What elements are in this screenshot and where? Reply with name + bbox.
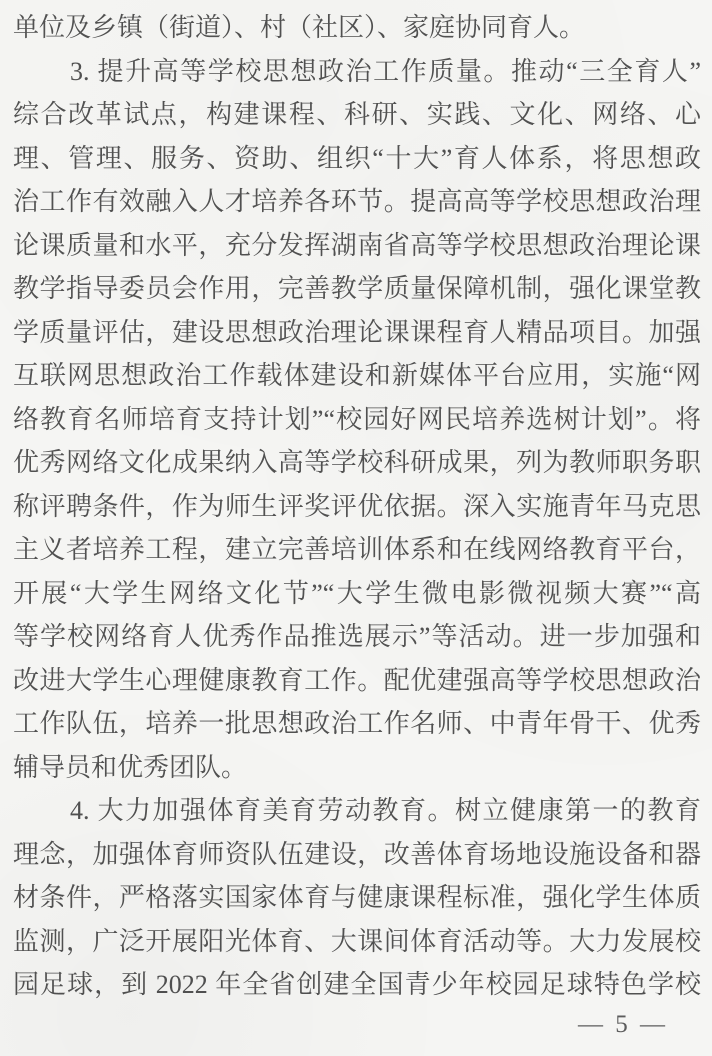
text-line: 理、管理、服务、资助、组织“十大”育人体系，将思想政	[13, 137, 701, 181]
text-line: 辅导员和优秀团队。	[13, 746, 701, 790]
page-number: — 5 —	[578, 1010, 668, 1040]
text-line: 互联网思想政治工作载体建设和新媒体平台应用，实施“网	[13, 354, 701, 398]
text-line: 工作队伍，培养一批思想政治工作名师、中青年骨干、优秀	[13, 702, 701, 746]
text-line: 教学指导委员会作用，完善教学质量保障机制，强化课堂教	[13, 267, 701, 311]
text-line: 改进大学生心理健康教育工作。配优建强高等学校思想政治	[13, 659, 701, 703]
text-line: 3. 提升高等学校思想政治工作质量。推动“三全育人”	[13, 50, 701, 94]
text-line: 治工作有效融入人才培养各环节。提高高等学校思想政治理	[13, 180, 701, 224]
text-line: 论课质量和水平，充分发挥湖南省高等学校思想政治理论课	[13, 224, 701, 268]
text-line: 学质量评估，建设思想政治理论课课程育人精品项目。加强	[13, 311, 701, 355]
text-line: 开展“大学生网络文化节”“大学生微电影微视频大赛”“高	[13, 572, 701, 616]
text-line: 综合改革试点，构建课程、科研、实践、文化、网络、心	[13, 93, 701, 137]
document-page: 单位及乡镇（街道）、村（社区）、家庭协同育人。 3. 提升高等学校思想政治工作质…	[0, 0, 712, 1056]
text-line: 理念，加强体育师资队伍建设，改善体育场地设施设备和器	[13, 833, 701, 877]
text-line: 单位及乡镇（街道）、村（社区）、家庭协同育人。	[13, 6, 701, 50]
document-text-block: 单位及乡镇（街道）、村（社区）、家庭协同育人。 3. 提升高等学校思想政治工作质…	[13, 6, 701, 1007]
text-line: 4. 大力加强体育美育劳动教育。树立健康第一的教育	[13, 789, 701, 833]
text-line: 等学校网络育人优秀作品推选展示”等活动。进一步加强和	[13, 615, 701, 659]
text-line: 园足球，到 2022 年全省创建全国青少年校园足球特色学校	[13, 963, 701, 1007]
text-line: 主义者培养工程，建立完善培训体系和在线网络教育平台，	[13, 528, 701, 572]
text-line: 称评聘条件，作为师生评奖评优依据。深入实施青年马克思	[13, 485, 701, 529]
text-line: 优秀网络文化成果纳入高等学校科研成果，列为教师职务职	[13, 441, 701, 485]
text-line: 材条件，严格落实国家体育与健康课程标准，强化学生体质	[13, 876, 701, 920]
text-line: 监测，广泛开展阳光体育、大课间体育活动等。大力发展校	[13, 920, 701, 964]
text-line: 络教育名师培育支持计划”“校园好网民培养选树计划”。将	[13, 398, 701, 442]
